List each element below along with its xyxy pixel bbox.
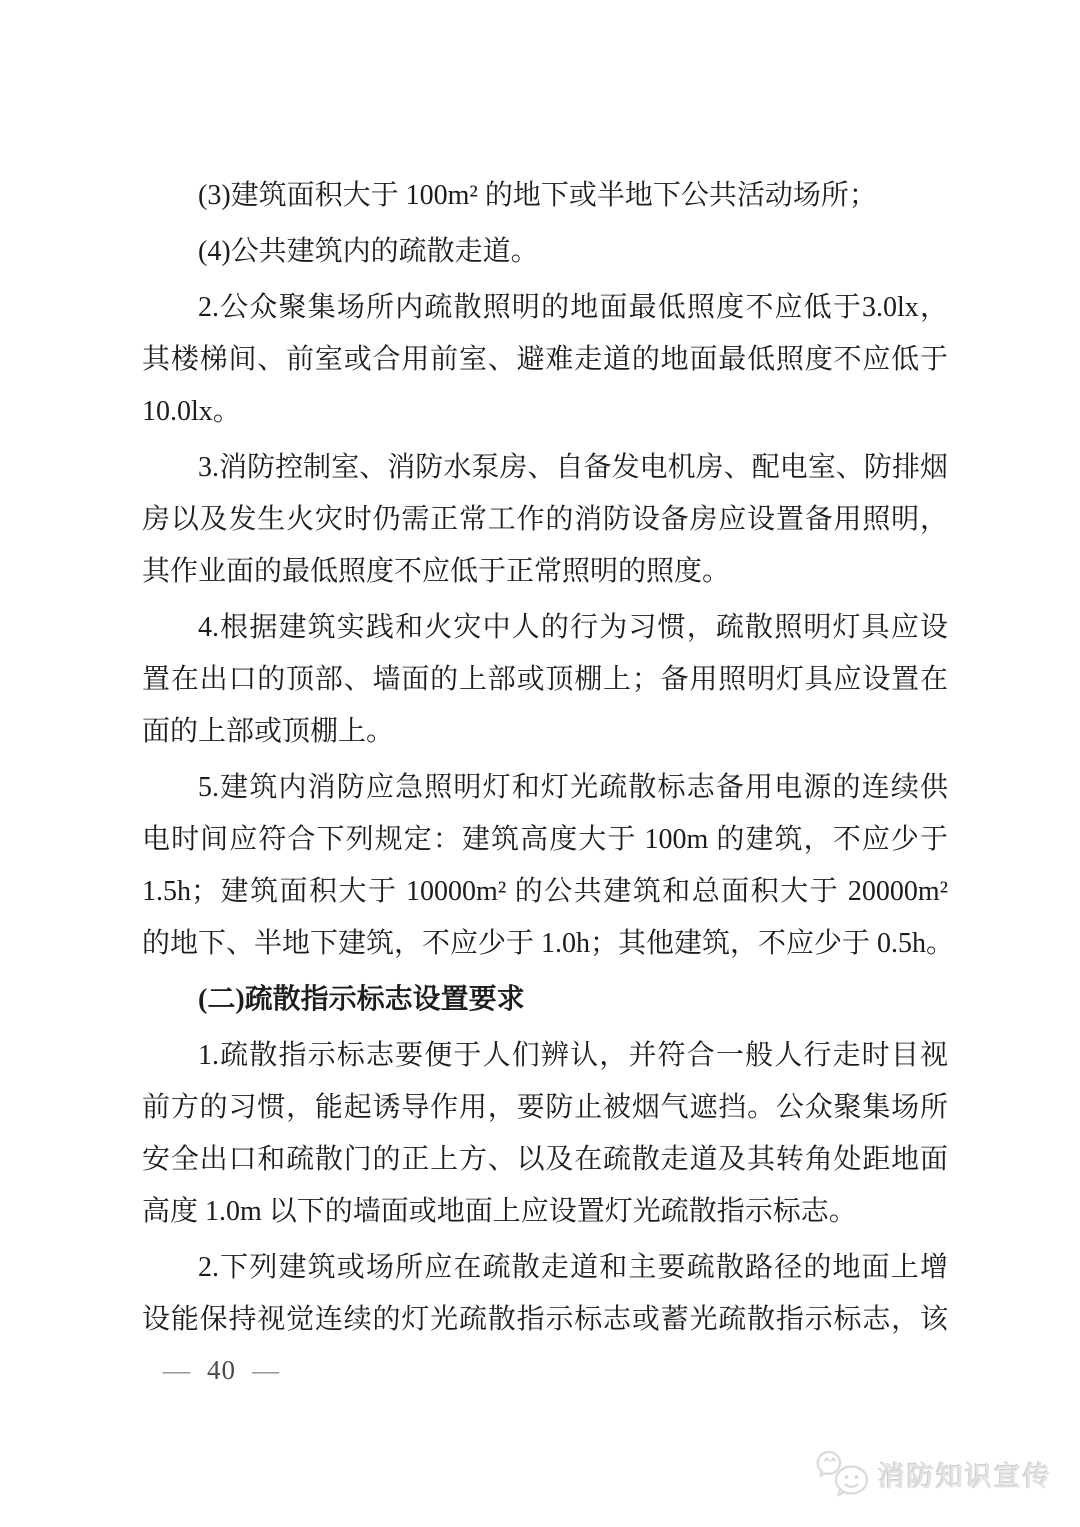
- text-line: (3)建筑面积大于 100m² 的地下或半地下公共活动场所；: [142, 170, 948, 222]
- page-number-footer: —40—: [163, 1350, 280, 1390]
- wechat-icon: [816, 1449, 870, 1499]
- text-line: 安全出口和疏散门的正上方、以及在疏散走道及其转角处距地面: [142, 1134, 948, 1186]
- text-line: 面的上部或顶棚上。: [142, 706, 948, 758]
- text-line: 设能保持视觉连续的灯光疏散指示标志或蓄光疏散指示标志，该: [142, 1294, 948, 1346]
- text-line: 房以及发生火灾时仍需正常工作的消防设备房应设置备用照明，: [142, 494, 948, 546]
- text-line: 5.建筑内消防应急照明灯和灯光疏散标志备用电源的连续供: [142, 762, 948, 814]
- list-item-3: (3)建筑面积大于 100m² 的地下或半地下公共活动场所；: [142, 170, 948, 222]
- document-content: (3)建筑面积大于 100m² 的地下或半地下公共活动场所；(4)公共建筑内的疏…: [142, 170, 948, 1350]
- para-4: 4.根据建筑实践和火灾中人的行为习惯，疏散照明灯具应设置在出口的顶部、墙面的上部…: [142, 602, 948, 758]
- document-page: (3)建筑面积大于 100m² 的地下或半地下公共活动场所；(4)公共建筑内的疏…: [0, 0, 1080, 1527]
- text-line: 电时间应符合下列规定：建筑高度大于 100m 的建筑，不应少于: [142, 814, 948, 866]
- text-line: 10.0lx。: [142, 386, 948, 438]
- text-line: 1.5h；建筑面积大于 10000m² 的公共建筑和总面积大于 20000m²: [142, 866, 948, 918]
- heading-section-2: (二)疏散指示标志设置要求: [142, 974, 948, 1026]
- text-line: 高度 1.0m 以下的墙面或地面上应设置灯光疏散指示标志。: [142, 1186, 948, 1238]
- text-line: 1.疏散指示标志要便于人们辨认，并符合一般人行走时目视: [142, 1030, 948, 1082]
- text-line: 前方的习惯，能起诱导作用，要防止被烟气遮挡。公众聚集场所的: [142, 1082, 948, 1134]
- footer-right-dash: —: [252, 1355, 280, 1385]
- text-line: 的地下、半地下建筑，不应少于 1.0h；其他建筑，不应少于 0.5h。: [142, 918, 948, 970]
- page-number: 40: [207, 1355, 236, 1385]
- para-sign-1: 1.疏散指示标志要便于人们辨认，并符合一般人行走时目视前方的习惯，能起诱导作用，…: [142, 1030, 948, 1238]
- text-line: 4.根据建筑实践和火灾中人的行为习惯，疏散照明灯具应设: [142, 602, 948, 654]
- text-line: 2.公众聚集场所内疏散照明的地面最低照度不应低于3.0lx，: [142, 282, 948, 334]
- text-line: 2.下列建筑或场所应在疏散走道和主要疏散路径的地面上增: [142, 1242, 948, 1294]
- footer-left-dash: —: [163, 1355, 191, 1385]
- para-sign-2: 2.下列建筑或场所应在疏散走道和主要疏散路径的地面上增设能保持视觉连续的灯光疏散…: [142, 1242, 948, 1346]
- text-line: 置在出口的顶部、墙面的上部或顶棚上；备用照明灯具应设置在墙: [142, 654, 948, 706]
- text-line: 其作业面的最低照度不应低于正常照明的照度。: [142, 546, 948, 598]
- text-line: 其楼梯间、前室或合用前室、避难走道的地面最低照度不应低于: [142, 334, 948, 386]
- text-line: (二)疏散指示标志设置要求: [142, 974, 948, 1026]
- text-line: (4)公共建筑内的疏散走道。: [142, 226, 948, 278]
- watermark-label: 消防知识宣传: [878, 1455, 1052, 1494]
- watermark: 消防知识宣传: [816, 1449, 1052, 1499]
- para-2: 2.公众聚集场所内疏散照明的地面最低照度不应低于3.0lx，其楼梯间、前室或合用…: [142, 282, 948, 438]
- text-line: 3.消防控制室、消防水泵房、自备发电机房、配电室、防排烟机: [142, 442, 948, 494]
- list-item-4: (4)公共建筑内的疏散走道。: [142, 226, 948, 278]
- para-5: 5.建筑内消防应急照明灯和灯光疏散标志备用电源的连续供电时间应符合下列规定：建筑…: [142, 762, 948, 970]
- para-3: 3.消防控制室、消防水泵房、自备发电机房、配电室、防排烟机房以及发生火灾时仍需正…: [142, 442, 948, 598]
